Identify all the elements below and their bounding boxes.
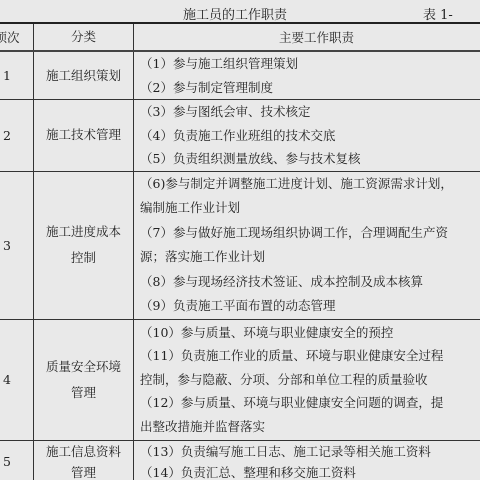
row-index: 2 bbox=[0, 100, 34, 172]
duty-item: （7）参与做好施工现场组织协调工作，合理调配生产资 bbox=[140, 221, 480, 246]
duty-item: （6)参与制定并调整施工进度计划、施工资源需求计划， bbox=[140, 172, 480, 197]
duty-item: （3）参与图纸会审、技术核定 bbox=[140, 100, 480, 124]
duty-item: （12）参与质量、环境与职业健康安全问题的调查，提 bbox=[140, 391, 480, 415]
row-category: 施工技术管理 bbox=[34, 100, 134, 172]
row-duties: （6)参与制定并调整施工进度计划、施工资源需求计划， 编制施工作业计划 （7）参… bbox=[134, 171, 480, 319]
duty-item: （8）参与现场经济技术签证、成本控制及成本核算 bbox=[140, 270, 480, 295]
row-index: 3 bbox=[0, 171, 34, 319]
document-title-bar: 施工员的工作职责 表 1- bbox=[0, 2, 480, 22]
duty-item: （14）负责汇总、整理和移交施工资料 bbox=[140, 462, 480, 480]
table-row: 5 施工信息资料管理 （13）负责编写施工日志、施工记录等相关施工资料 （14）… bbox=[0, 440, 480, 480]
header-index: 项次 bbox=[0, 23, 34, 51]
row-duties: （1）参与施工组织管理策划 （2）参与制定管理制度 bbox=[134, 51, 480, 100]
table-row: 3 施工进度成本控制 （6)参与制定并调整施工进度计划、施工资源需求计划， 编制… bbox=[0, 171, 480, 319]
duty-item: 控制，参与隐蔽、分项、分部和单位工程的质量验收 bbox=[140, 368, 480, 392]
table-row: 4 质量安全环境管理 （10）参与质量、环境与职业健康安全的预控 （11）负责施… bbox=[0, 319, 480, 440]
duty-item: （13）负责编写施工日志、施工记录等相关施工资料 bbox=[140, 441, 480, 462]
row-category: 施工信息资料管理 bbox=[34, 440, 134, 480]
duty-item: （1）参与施工组织管理策划 bbox=[140, 52, 480, 76]
header-duties: 主要工作职责 bbox=[134, 23, 480, 51]
row-category: 质量安全环境管理 bbox=[34, 319, 134, 440]
row-category: 施工组织策划 bbox=[34, 51, 134, 100]
table-title: 施工员的工作职责 bbox=[183, 4, 287, 23]
table-row: 2 施工技术管理 （3）参与图纸会审、技术核定 （4）负责施工作业班组的技术交底… bbox=[0, 100, 480, 172]
row-duties: （13）负责编写施工日志、施工记录等相关施工资料 （14）负责汇总、整理和移交施… bbox=[134, 440, 480, 480]
duty-item: （2）参与制定管理制度 bbox=[140, 76, 480, 100]
table-row: 1 施工组织策划 （1）参与施工组织管理策划 （2）参与制定管理制度 bbox=[0, 51, 480, 100]
duty-item: （4）负责施工作业班组的技术交底 bbox=[140, 124, 480, 148]
row-duties: （3）参与图纸会审、技术核定 （4）负责施工作业班组的技术交底 （5）负责组织测… bbox=[134, 100, 480, 172]
duty-item: （9）负责施工平面布置的动态管理 bbox=[140, 294, 480, 319]
row-index: 1 bbox=[0, 51, 34, 100]
duty-item: （11）负责施工作业的质量、环境与职业健康安全过程 bbox=[140, 344, 480, 368]
duty-item: （5）负责组织测量放线、参与技术复核 bbox=[140, 147, 480, 171]
row-category: 施工进度成本控制 bbox=[34, 171, 134, 319]
table-header-row: 项次 分类 主要工作职责 bbox=[0, 23, 480, 51]
row-index: 4 bbox=[0, 319, 34, 440]
duty-item: 出整改措施并监督落实 bbox=[140, 415, 480, 439]
duty-item: 源；落实施工作业计划 bbox=[140, 245, 480, 270]
table-number: 表 1- bbox=[423, 4, 453, 23]
header-category: 分类 bbox=[34, 23, 134, 51]
row-duties: （10）参与质量、环境与职业健康安全的预控 （11）负责施工作业的质量、环境与职… bbox=[134, 319, 480, 440]
duties-table: 项次 分类 主要工作职责 1 施工组织策划 （1）参与施工组织管理策划 （2）参… bbox=[0, 22, 480, 480]
duty-item: （10）参与质量、环境与职业健康安全的预控 bbox=[140, 321, 480, 345]
row-index: 5 bbox=[0, 440, 34, 480]
duty-item: 编制施工作业计划 bbox=[140, 196, 480, 221]
